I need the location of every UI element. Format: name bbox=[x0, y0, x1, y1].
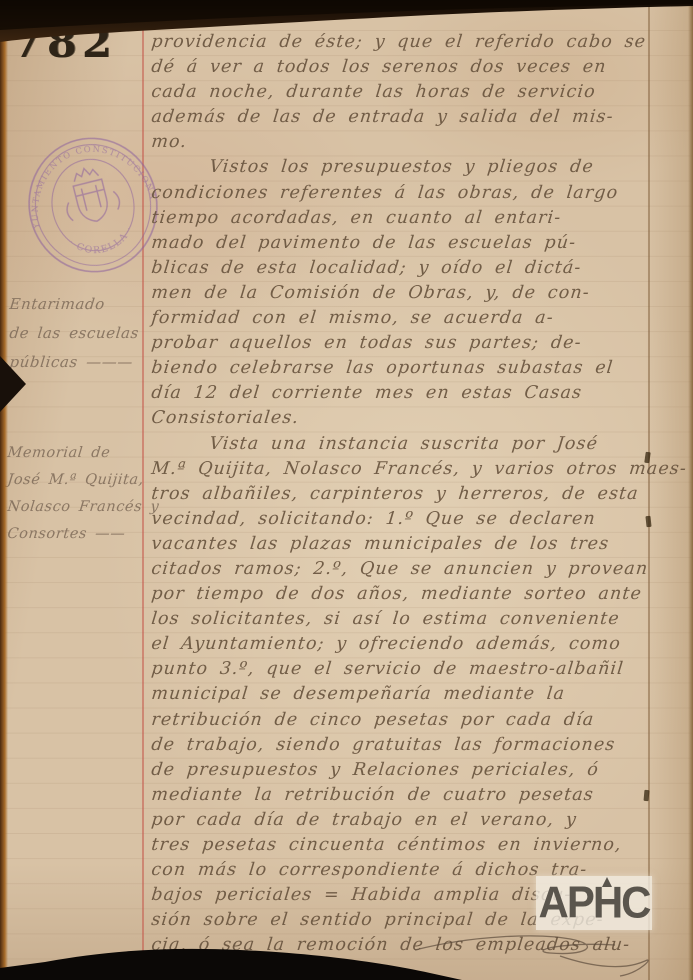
watermark-label: APHC bbox=[538, 881, 649, 925]
margin-note-memorial: Memorial deJosé M.ª Quijita,Nolasco Fran… bbox=[6, 440, 148, 548]
handwritten-line: dé á ver a todos los serenos dos veces e… bbox=[150, 55, 686, 80]
svg-text:· CORELLA ·: · CORELLA · bbox=[65, 222, 140, 264]
handwritten-line: cada noche, durante las horas de servici… bbox=[150, 80, 686, 105]
handwritten-line: punto 3.º, que el servicio de maestro-al… bbox=[150, 657, 686, 682]
handwritten-line: Consortes —— bbox=[6, 521, 151, 548]
handwritten-line: el Ayuntamiento; y ofreciendo además, co… bbox=[150, 632, 686, 657]
handwritten-line: probar aquellos en todas sus partes; de- bbox=[150, 331, 686, 356]
manuscript-page: 782 AYUNTAMIENTO CONSTITUCIONAL · CORELL… bbox=[0, 0, 693, 980]
handwritten-line: de trabajo, siendo gratuitas las formaci… bbox=[150, 733, 686, 758]
archive-watermark: APHC bbox=[536, 876, 652, 930]
handwritten-line: blicas de esta localidad; y oído el dict… bbox=[150, 256, 686, 281]
handwritten-line: por cada día de trabajo en el verano, y bbox=[150, 808, 686, 833]
binding-tab bbox=[0, 352, 30, 414]
watermark-spire-icon bbox=[602, 877, 612, 887]
manuscript-body-text: providencia de éste; y que el referido c… bbox=[150, 30, 683, 958]
handwritten-line: Vista una instancia suscrita por José bbox=[150, 432, 686, 457]
handwritten-line: condiciones referentes á las obras, de l… bbox=[150, 181, 686, 206]
handwritten-line: Vistos los presupuestos y pliegos de bbox=[150, 155, 686, 180]
page-stack-edge bbox=[688, 0, 693, 980]
handwritten-line: vecindad, solicitando: 1.º Que se declar… bbox=[150, 507, 686, 532]
handwritten-line: de las escuelas bbox=[8, 319, 149, 348]
handwritten-line: M.ª Quijita, Nolasco Francés, y varios o… bbox=[150, 457, 686, 482]
handwritten-line: citados ramos; 2.º, Que se anuncien y pr… bbox=[150, 557, 686, 582]
handwritten-line: Entarimado bbox=[8, 290, 149, 319]
handwritten-line: tiempo acordadas, en cuanto al entari- bbox=[150, 206, 686, 231]
handwritten-line: por tiempo de dos años, mediante sorteo … bbox=[150, 582, 686, 607]
handwritten-line: mado del pavimento de las escuelas pú- bbox=[150, 231, 686, 256]
handwritten-line: día 12 del corriente mes en estas Casas bbox=[150, 381, 686, 406]
handwritten-line: José M.ª Quijita, bbox=[6, 467, 151, 494]
stamp-ring-text-bottom: · CORELLA · bbox=[65, 222, 140, 264]
handwritten-line: men de la Comisión de Obras, y, de con- bbox=[150, 281, 686, 306]
handwritten-line: retribución de cinco pesetas por cada dí… bbox=[150, 708, 686, 733]
handwritten-line: Consistoriales. bbox=[150, 406, 686, 431]
handwritten-line: municipal se desempeñaría mediante la bbox=[150, 682, 686, 707]
handwritten-line: biendo celebrarse las oportunas subastas… bbox=[150, 356, 686, 381]
handwritten-line: mo. bbox=[150, 130, 686, 155]
handwritten-line: vacantes las plazas municipales de los t… bbox=[150, 532, 686, 557]
handwritten-line: Nolasco Francés y bbox=[6, 494, 151, 521]
binding-edge-left bbox=[0, 0, 8, 980]
page-number: 782 bbox=[12, 18, 117, 68]
handwritten-line: de presupuestos y Relaciones periciales,… bbox=[150, 758, 686, 783]
handwritten-line: además de las de entrada y salida del mi… bbox=[150, 105, 686, 130]
handwritten-line: los solicitantes, si así lo estima conve… bbox=[150, 607, 686, 632]
stamp-coat-of-arms bbox=[58, 162, 123, 228]
handwritten-line: tres pesetas cincuenta céntimos en invie… bbox=[150, 833, 686, 858]
handwritten-line: formidad con el mismo, se acuerda a- bbox=[150, 306, 686, 331]
handwritten-line: providencia de éste; y que el referido c… bbox=[150, 30, 686, 55]
handwritten-line: mediante la retribución de cuatro peseta… bbox=[150, 783, 686, 808]
handwritten-line: Memorial de bbox=[6, 440, 151, 467]
handwritten-line: tros albañiles, carpinteros y herreros, … bbox=[150, 482, 686, 507]
signature-flourish bbox=[410, 928, 660, 980]
